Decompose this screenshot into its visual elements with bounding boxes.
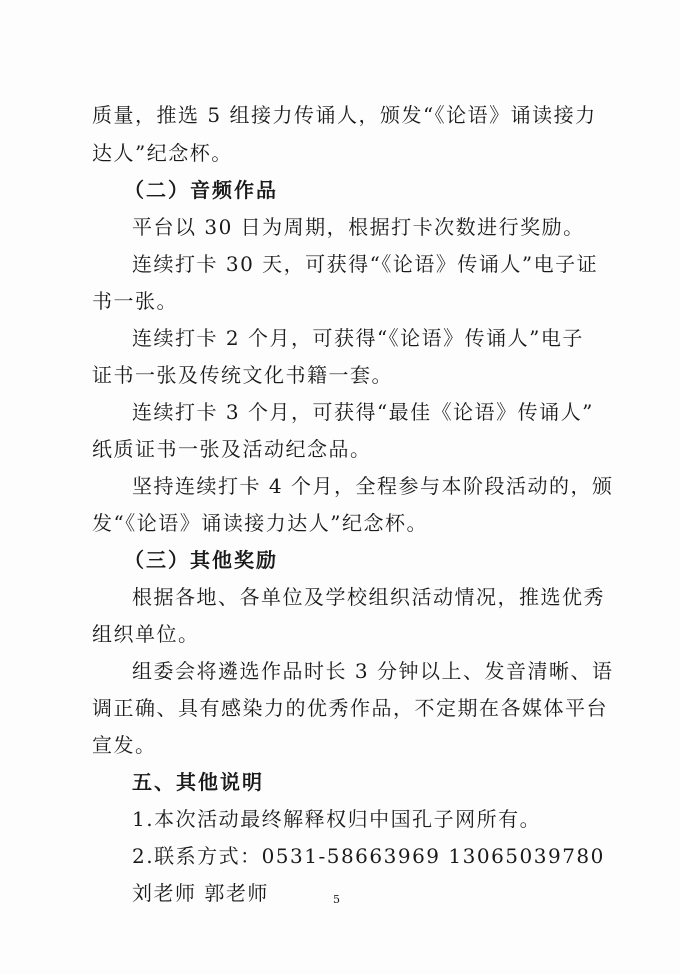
text-line: 证书一张及传统文化书籍一套。 [92, 359, 393, 388]
text-line: 发“《论语》诵读接力达人”纪念杯。 [92, 507, 428, 536]
section-heading: 五、其他说明 [132, 766, 264, 795]
text-line: 宣发。 [92, 729, 157, 758]
section-heading: （二）音频作品 [124, 174, 278, 203]
text-line: 刘老师 郭老师 [132, 877, 269, 906]
text-line: 达人”纪念杯。 [92, 137, 233, 166]
text-line: 平台以 30 日为周期，根据打卡次数进行奖励。 [132, 211, 585, 240]
text-line: 调正确、具有感染力的优秀作品，不定期在各媒体平台 [92, 692, 608, 721]
text-line: 根据各地、各单位及学校组织活动情况，推选优秀 [132, 581, 605, 610]
text-line: 连续打卡 2 个月，可获得“《论语》传诵人”电子 [132, 322, 584, 351]
text-line: 组委会将遴选作品时长 3 分钟以上、发音清晰、语 [132, 655, 613, 684]
text-line: 2.联系方式：0531-58663969 13065039780 [132, 840, 605, 869]
page-number: 5 [333, 893, 340, 906]
text-line: 1.本次活动最终解释权归中国孔子网所有。 [132, 803, 541, 832]
text-line: 连续打卡 3 个月，可获得“最佳《论语》传诵人” [132, 396, 594, 425]
text-line: 组织单位。 [92, 618, 200, 647]
text-line: 书一张。 [92, 285, 178, 314]
text-line: 连续打卡 30 天，可获得“《论语》传诵人”电子证 [132, 248, 598, 277]
text-line: 坚持连续打卡 4 个月，全程参与本阶段活动的，颁 [132, 470, 613, 499]
text-line: 质量，推选 5 组接力传诵人，颁发“《论语》诵读接力 [92, 99, 597, 128]
section-heading: （三）其他奖励 [124, 544, 278, 573]
text-line: 纸质证书一张及活动纪念品。 [92, 433, 372, 462]
